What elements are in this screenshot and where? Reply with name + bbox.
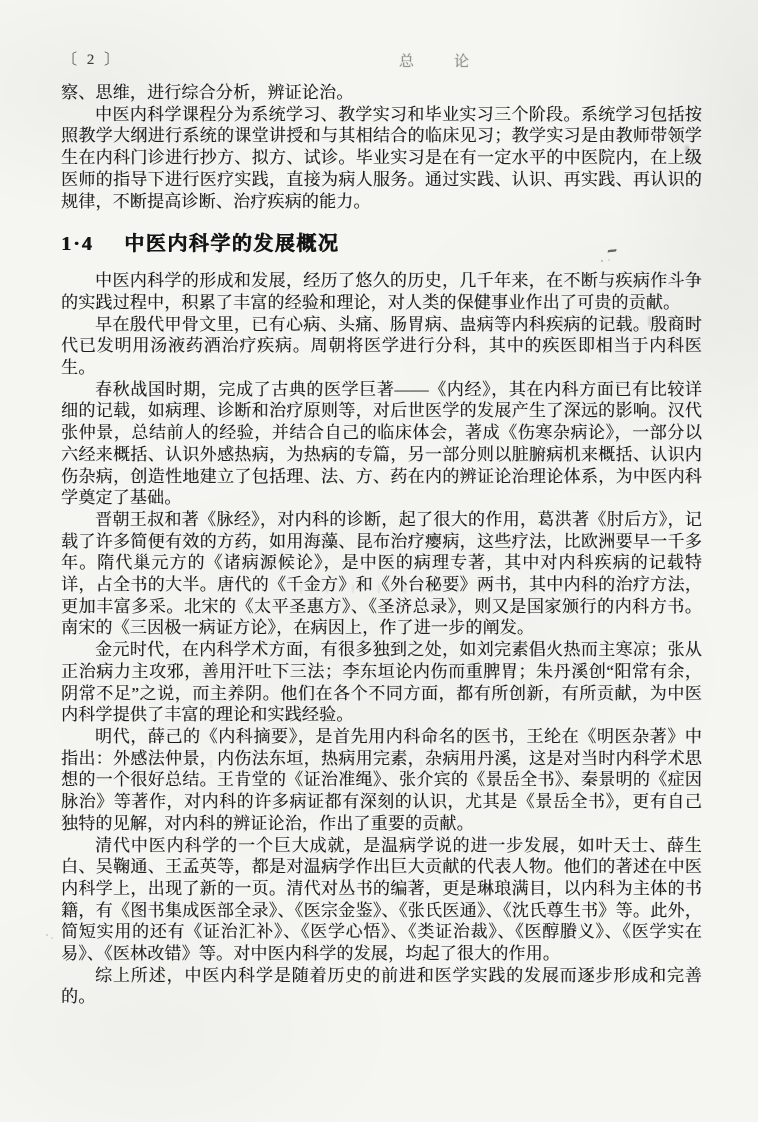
paragraph-summary: 综上所述，中医内科学是随着历史的前进和医学实践的发展而逐步形成和完善的。 (61, 965, 702, 1008)
paragraph-formation-development: 中医内科学的形成和发展，经历了悠久的历史，几千年来，在不断与疾病作斗争的实践过程… (61, 270, 702, 313)
paragraph-yin-dynasty: 早在殷代甲骨文里，已有心病、头痛、肠胃病、蛊病等内科疾病的记载。殷商时代已发明用… (61, 314, 702, 379)
paragraph-ming-dynasty: 明代，薛己的《内科摘要》，是首先用内科命名的医书，王纶在《明医杂著》中指出：外感… (61, 726, 702, 835)
body-text-column: 察、思维，进行综合分析，辨证论治。 中医内科学课程分为系统学习、教学实习和毕业实… (61, 82, 702, 1008)
page-number: 〔 2 〕 (62, 48, 122, 69)
scanned-book-page: 〔 2 〕 总论 察、思维，进行综合分析，辨证论治。 中医内科学课程分为系统学习… (0, 0, 758, 1122)
continuation-paragraph: 察、思维，进行综合分析，辨证论治。 (61, 82, 702, 104)
paragraph-jin-tang-song: 晋朝王叔和著《脉经》，对内科的诊断，起了很大的作用，葛洪著《肘后方》，记载了许多… (61, 509, 702, 639)
paragraph-warring-states-han: 春秋战国时期，完成了古典的医学巨著——《内经》，其在内科方面已有比较详细的记载，… (61, 379, 702, 509)
running-title: 总论 (399, 50, 509, 71)
section-heading: 1·4 中医内科学的发展概况 (61, 231, 702, 258)
section-title: 中医内科学的发展概况 (124, 233, 339, 255)
paragraph-qing-dynasty: 清代中医内科学的一个巨大成就，是温病学说的进一步发展，如叶天士、薛生白、吴鞠通、… (61, 835, 702, 965)
paragraph-jin-yuan-era: 金元时代，在内科学术方面，有很多独到之处，如刘完素倡火热而主寒凉；张从正治病力主… (61, 639, 702, 726)
page-header: 〔 2 〕 总论 (61, 48, 701, 70)
course-stages-paragraph: 中医内科学课程分为系统学习、教学实习和毕业实习三个阶段。系统学习包括按照教学大纲… (61, 104, 702, 213)
scan-margin-mark (44, 932, 56, 942)
section-number: 1·4 (61, 233, 94, 255)
